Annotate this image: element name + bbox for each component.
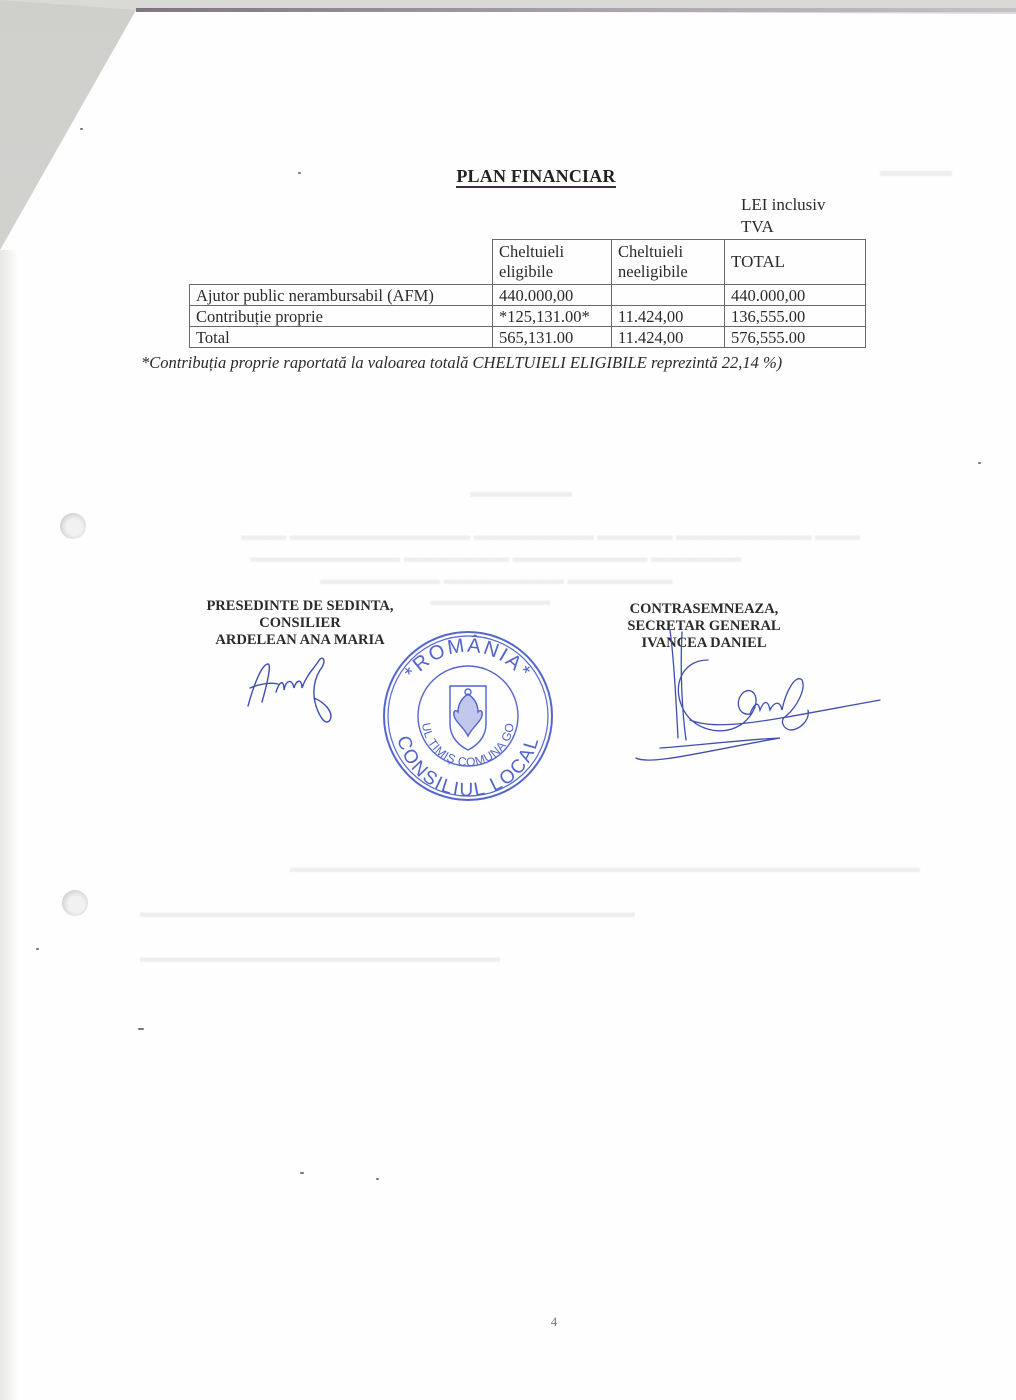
column-header-eligible: Cheltuieli eligibile bbox=[493, 240, 612, 285]
table-header-row: Cheltuieli eligibile Cheltuieli neeligib… bbox=[190, 240, 866, 285]
document-title: PLAN FINANCIAR bbox=[0, 166, 1016, 187]
punch-hole-top bbox=[60, 513, 86, 539]
signer-role: CONTRASEMNEAZA, bbox=[604, 601, 804, 618]
row-label: Total bbox=[190, 327, 493, 348]
handwritten-signature-president bbox=[236, 640, 346, 730]
cell-eligible: 565,131.00 bbox=[493, 327, 612, 348]
scan-speck bbox=[376, 1178, 379, 1180]
cell-eligible: 440.000,00 bbox=[493, 285, 612, 306]
signer-role: PRESEDINTE DE SEDINTA, bbox=[190, 598, 410, 615]
scan-speck bbox=[300, 1172, 304, 1174]
row-label: Ajutor public nerambursabil (AFM) bbox=[190, 285, 493, 306]
table-footnote: *Contribuția proprie raportată la valoar… bbox=[141, 353, 782, 373]
cell-ineligible: 11.424,00 bbox=[612, 306, 725, 327]
table-row: Total 565,131.00 11.424,00 576,555.00 bbox=[190, 327, 866, 348]
signer-title: CONSILIER bbox=[190, 615, 410, 632]
page-number: 4 bbox=[0, 1314, 1016, 1330]
currency-unit-note: LEI inclusiv TVA bbox=[741, 194, 851, 238]
cell-total: 136,555.00 bbox=[725, 306, 866, 327]
cell-ineligible bbox=[612, 285, 725, 306]
official-stamp: *ROMÂNIA* JUDEȚUL TIMIȘ COMUNA GOTTLOB C… bbox=[378, 628, 558, 804]
cell-eligible: *125,131.00* bbox=[493, 306, 612, 327]
paper-left-shadow bbox=[0, 250, 18, 1400]
coat-of-arms-icon bbox=[450, 686, 486, 750]
scan-speck bbox=[978, 462, 981, 464]
cell-ineligible: 11.424,00 bbox=[612, 327, 725, 348]
table-row: Ajutor public nerambursabil (AFM) 440.00… bbox=[190, 285, 866, 306]
financial-plan-table: Cheltuieli eligibile Cheltuieli neeligib… bbox=[189, 239, 866, 348]
scan-speck bbox=[36, 948, 39, 950]
paper-top-edge bbox=[136, 8, 1016, 12]
punch-hole-bottom bbox=[62, 890, 88, 916]
title-text: PLAN FINANCIAR bbox=[456, 166, 615, 188]
cell-total: 440.000,00 bbox=[725, 285, 866, 306]
table-row: Contribuție proprie *125,131.00* 11.424,… bbox=[190, 306, 866, 327]
column-header-ineligible: Cheltuieli neeligibile bbox=[612, 240, 725, 285]
table-header-empty bbox=[190, 240, 493, 285]
svg-text:*ROMÂNIA*: *ROMÂNIA* bbox=[400, 634, 535, 684]
column-header-total: TOTAL bbox=[725, 240, 866, 285]
handwritten-signature-secretary bbox=[630, 620, 890, 770]
row-label: Contribuție proprie bbox=[190, 306, 493, 327]
scan-speck bbox=[138, 1028, 144, 1030]
cell-total: 576,555.00 bbox=[725, 327, 866, 348]
scan-speck bbox=[80, 128, 83, 130]
